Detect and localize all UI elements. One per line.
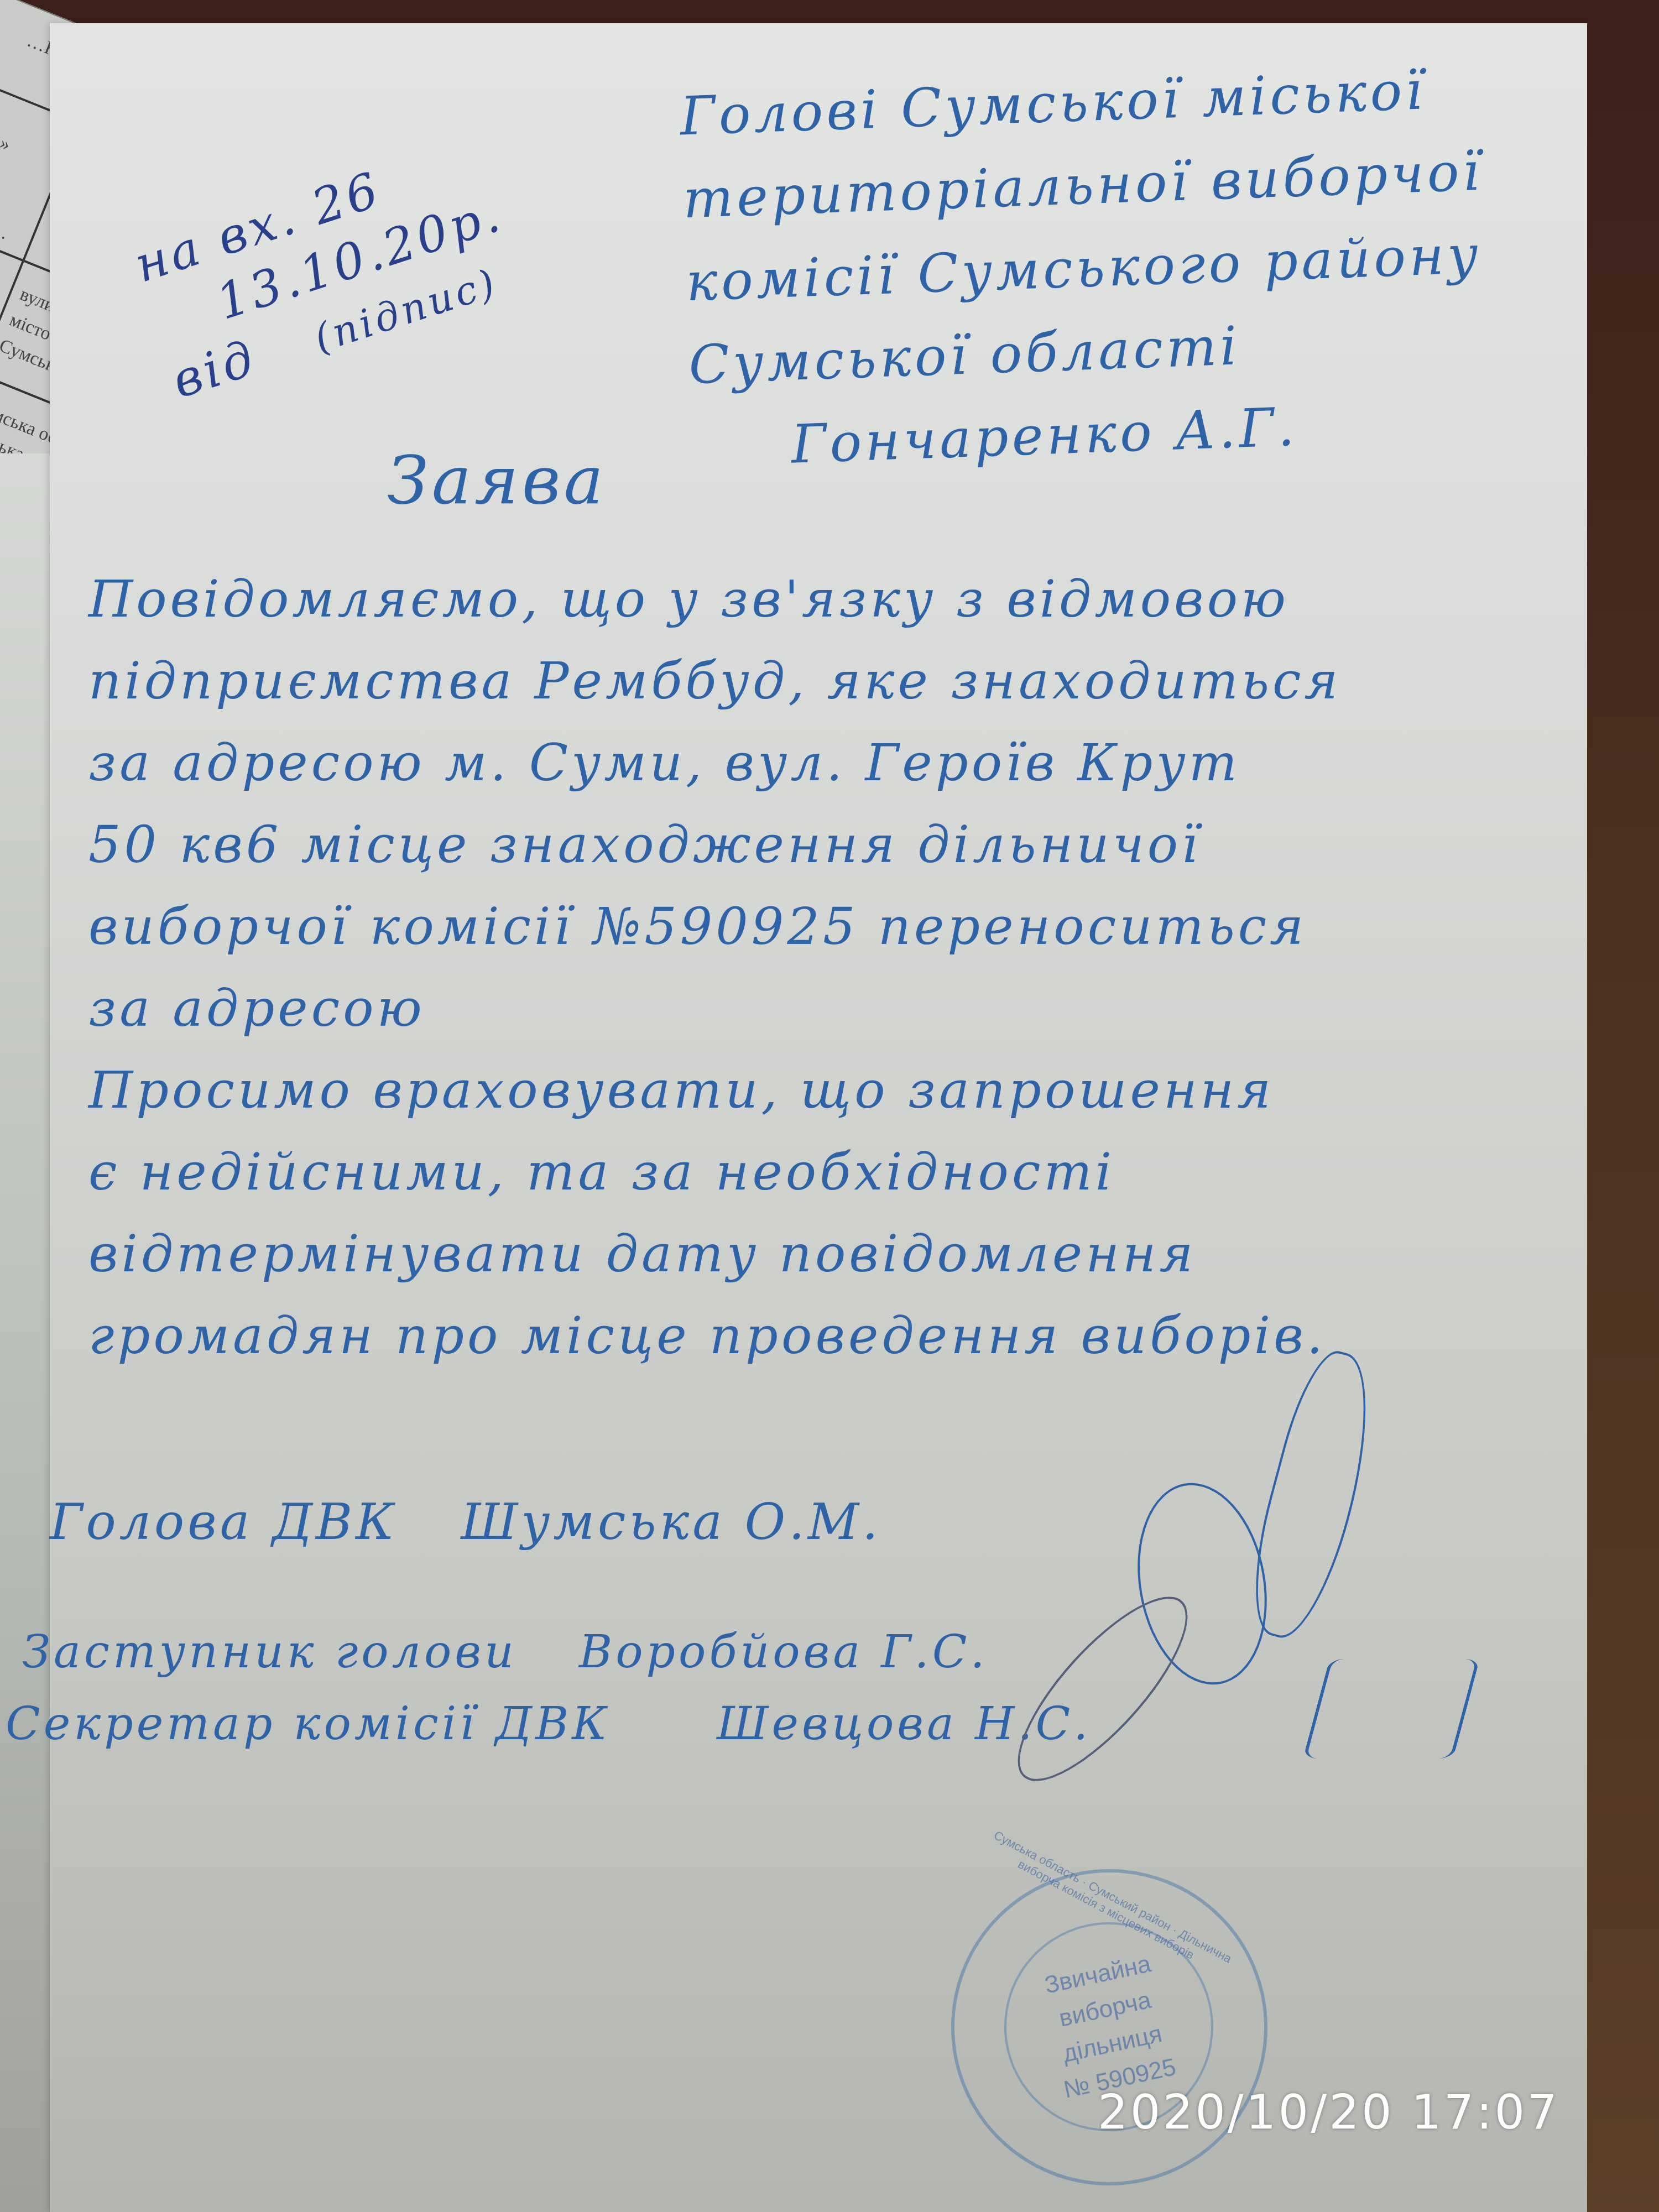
signature-row-chair: Голова ДВК Шумська О.М. [50,1493,881,1551]
body-line: є недійсними, та за необхідності [88,1131,1341,1213]
signature-role: Голова ДВК [50,1493,398,1551]
body-line: підприємства Ремббуд, яке знаходиться [88,640,1341,722]
body-line: громадян про місце проведення виборів. [88,1295,1341,1377]
body-line: за адресою [88,968,1341,1050]
body-line: 50 кв6 місце знаходження дільничої [88,804,1341,886]
signature-row-deputy: Заступник голови Воробйова Г.С. [22,1626,988,1678]
body-line: Повідомляємо, що у зв'язку з відмовою [88,559,1341,640]
addressee-block: Голові Сумської міської територіальної в… [679,47,1493,489]
document-title: Заява [387,442,607,519]
secretary-signature-mark [1303,1659,1480,1759]
body-line: виборчої комісії №590925 переноситься [88,886,1341,968]
bg-fragment: квар… [0,205,12,244]
photo-timestamp: 2020/10/20 17:07 [1098,2085,1559,2140]
bg-fragment: «Весна» [0,111,13,156]
statement-body: Повідомляємо, що у зв'язку з відмовою пі… [88,559,1341,1377]
signature-role: Секретар комісії ДВК [6,1698,611,1750]
body-line: за адресою м. Суми, вул. Героїв Крут [88,722,1341,804]
signature-name: Воробйова Г.С. [579,1626,988,1678]
signature-row-secretary: Секретар комісії ДВК Шевцова Н.С. [6,1698,1091,1750]
signature-name: Шумська О.М. [461,1493,881,1551]
body-line: Просимо враховувати, що запрошення [88,1050,1341,1131]
body-line: відтермінувати дату повідомлення [88,1213,1341,1295]
signature-role: Заступник голови [22,1626,517,1678]
